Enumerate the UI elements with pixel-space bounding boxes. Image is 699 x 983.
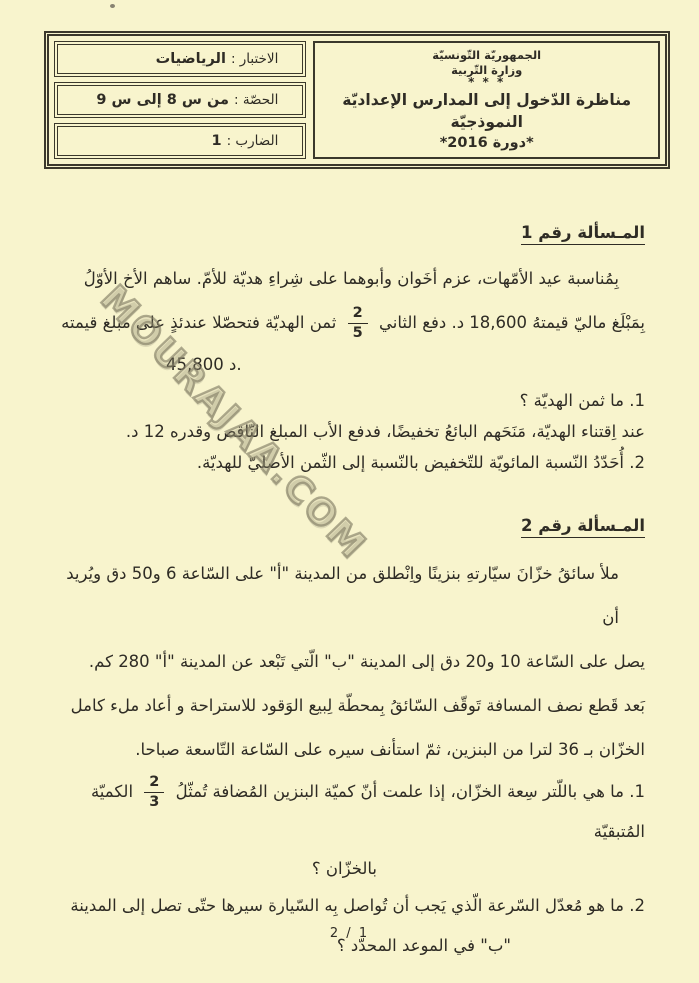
fraction-denominator: 3 (149, 793, 159, 811)
problem-2-intro2-line-1: بَعد قَطع نصف المسافة تَوقّف السّائقُ بِ… (54, 684, 645, 728)
exam-subject-label: الاختبار : (231, 51, 278, 67)
exam-title: مناظرة الدّخول إلى المدارس الإعداديّة ال… (319, 89, 654, 133)
problem-1-question-1: 1. ما ثمن الهديّة ؟ (54, 385, 645, 416)
scan-speck (110, 4, 115, 8)
problem-1: المـسألة رقم 1 بِمُناسبة عيد الأمّهات، ع… (54, 223, 645, 478)
problem-1-intro-line-1: بِمُناسبة عيد الأمّهات، عزم أخَوان وأبوه… (54, 257, 645, 301)
problem-2-heading: المـسألة رقم 2 (54, 516, 645, 538)
fraction-two-thirds: 23 (144, 774, 164, 811)
problem-2-intro1-line-2: يصل على السّاعة 10 و20 دق إلى المدينة "ب… (54, 640, 645, 684)
fraction-numerator: 2 (348, 305, 368, 324)
problem-1-amount-line: 45,800 د. (54, 345, 645, 385)
ministry-panel: الجمهوريّة التّونسيّة وزارة التّربية * *… (313, 41, 660, 159)
page-footer: 2 / 1 (0, 926, 699, 941)
problem-2-question-1-line-2: بالخزّان ؟ (54, 852, 645, 886)
problem-2: المـسألة رقم 2 ملأ سائقُ خزّانَ سيّارتهِ… (54, 516, 645, 966)
question-1-before-fraction: 1. ما هي باللّتر سِعة الخزّان، إذا علمت … (176, 782, 645, 801)
problem-2-intro2-line-2: الخزّان بـ 36 لترا من البنزين، ثمّ استأن… (54, 728, 645, 772)
fraction-denominator: 5 (353, 324, 363, 342)
intro-line-2-after-fraction: ثمن الهديّة فتحصّلا عندئذٍ على مبلغ قيمت… (61, 313, 336, 332)
page-number: 2 / 1 (330, 926, 369, 941)
exam-info-panel: الاختبار : الرياضيات الحصّة : من س 8 إلى… (54, 41, 306, 159)
exam-body: المـسألة رقم 1 بِمُناسبة عيد الأمّهات، ع… (0, 149, 699, 966)
exam-subject-value: الرياضيات (156, 51, 226, 67)
fraction-two-fifths: 25 (348, 305, 368, 342)
exam-coefficient-label: الضارب : (227, 133, 279, 149)
exam-time-label: الحصّة : (234, 92, 278, 108)
problem-1-question-2: 2. أُحَدّدُ النّسبة المائويّة للتّخفيض ب… (54, 447, 645, 478)
intro-line-2-before-fraction: بِمَبْلَغ ماليّ قيمتهُ 18,600 د. دفع الث… (379, 313, 645, 332)
stars-decoration: * * * (468, 78, 505, 87)
problem-2-question-2-line-1: 2. ما هو مُعدّل السّرعة الّذي يَجب أن تُ… (54, 886, 645, 926)
exam-page: MOURAJAA.COM الجمهوريّة التّونسيّة وزارة… (0, 0, 699, 983)
exam-time-box: الحصّة : من س 8 إلى س 9 (54, 82, 306, 118)
problem-1-intro-line-2: بِمَبْلَغ ماليّ قيمتهُ 18,600 د. دفع الث… (54, 301, 645, 345)
fraction-numerator: 2 (144, 774, 164, 793)
republic-line: الجمهوريّة التّونسيّة (432, 48, 541, 63)
problem-2-question-1-line-1: 1. ما هي باللّتر سِعة الخزّان، إذا علمت … (54, 772, 645, 852)
exam-coefficient-value: 1 (212, 133, 222, 149)
problem-1-heading: المـسألة رقم 1 (54, 223, 645, 245)
exam-time-value: من س 8 إلى س 9 (96, 92, 229, 108)
problem-2-intro1-line-1: ملأ سائقُ خزّانَ سيّارتهِ بنزينًا واِنْط… (54, 552, 645, 640)
exam-subject-box: الاختبار : الرياضيات (54, 41, 306, 77)
problem-1-note: عند اِقتناء الهديّة، مَنَحَهم البائعُ تخ… (54, 416, 645, 447)
